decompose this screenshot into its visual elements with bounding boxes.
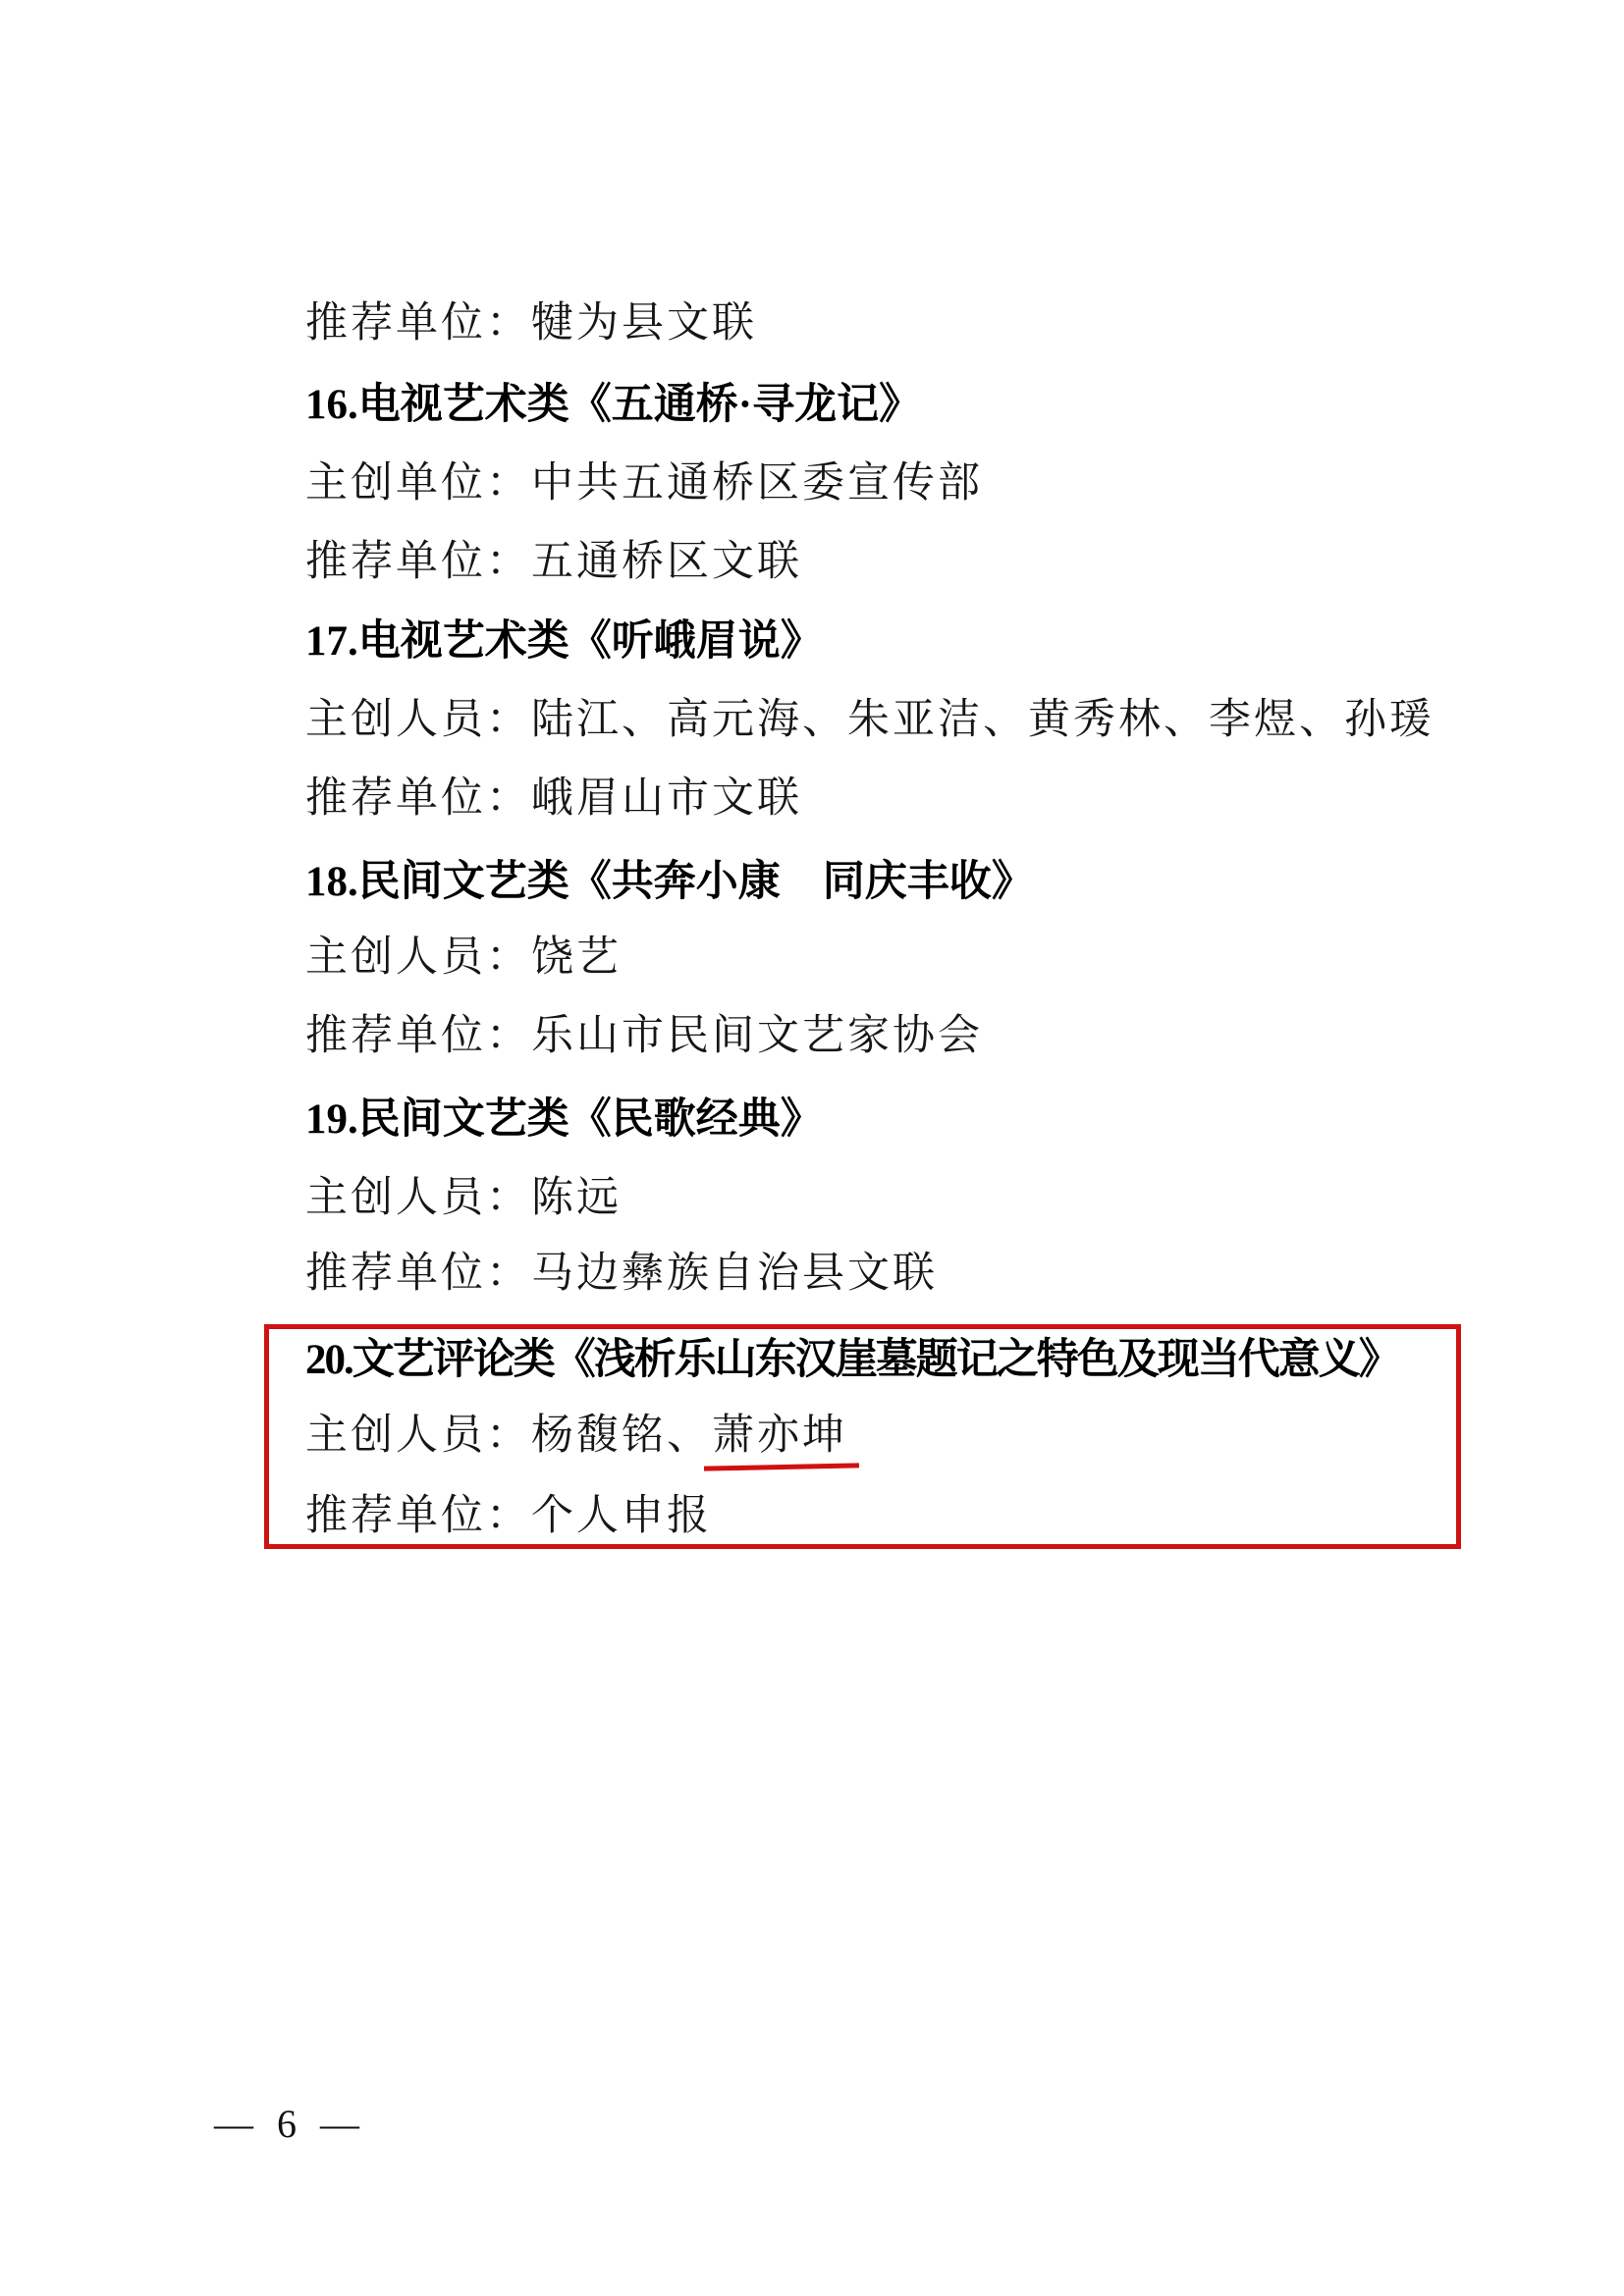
entry-20-creators-line: 主创人员：杨馥铭、萧亦坤: [305, 1412, 847, 1460]
underlined-name: 萧亦坤: [712, 1412, 847, 1460]
entry-18-recommender-line: 推荐单位：乐山市民间文艺家协会: [305, 1012, 983, 1060]
underlined-name-text: 萧亦坤: [712, 1413, 847, 1459]
entry-20-heading: 20.文艺评论类《浅析乐山东汉崖墓题记之特色及现当代意义》: [305, 1336, 1399, 1384]
entry-17-recommender-line: 推荐单位：峨眉山市文联: [305, 774, 802, 823]
entry-18-creators-line: 主创人员：饶艺: [305, 934, 622, 982]
page-number: — 6 —: [214, 2101, 361, 2147]
entry-20-recommender-line: 推荐单位：个人申报: [305, 1492, 712, 1540]
entry-15-recommender-line: 推荐单位：犍为县文联: [305, 299, 757, 347]
entry-17-creators-line: 主创人员：陆江、高元海、朱亚洁、黄秀林、李煜、孙瑗: [305, 696, 1435, 744]
creators-prefix: 主创人员：杨馥铭、: [305, 1413, 712, 1459]
entry-19-creators-line: 主创人员：陈远: [305, 1174, 622, 1222]
entry-19-recommender-line: 推荐单位：马边彝族自治县文联: [305, 1250, 938, 1298]
entry-16-creator-org-line: 主创单位：中共五通桥区委宣传部: [305, 459, 983, 507]
entry-17-heading: 17.电视艺术类《听峨眉说》: [305, 617, 823, 666]
entry-18-heading: 18.民间文艺类《共奔小康 同庆丰收》: [305, 858, 1034, 906]
entry-19-heading: 19.民间文艺类《民歌经典》: [305, 1095, 823, 1144]
entry-16-recommender-line: 推荐单位：五通桥区文联: [305, 538, 802, 586]
document-page: 推荐单位：犍为县文联 16.电视艺术类《五通桥·寻龙记》 主创单位：中共五通桥区…: [0, 0, 1624, 2296]
entry-16-heading: 16.电视艺术类《五通桥·寻龙记》: [305, 381, 921, 429]
